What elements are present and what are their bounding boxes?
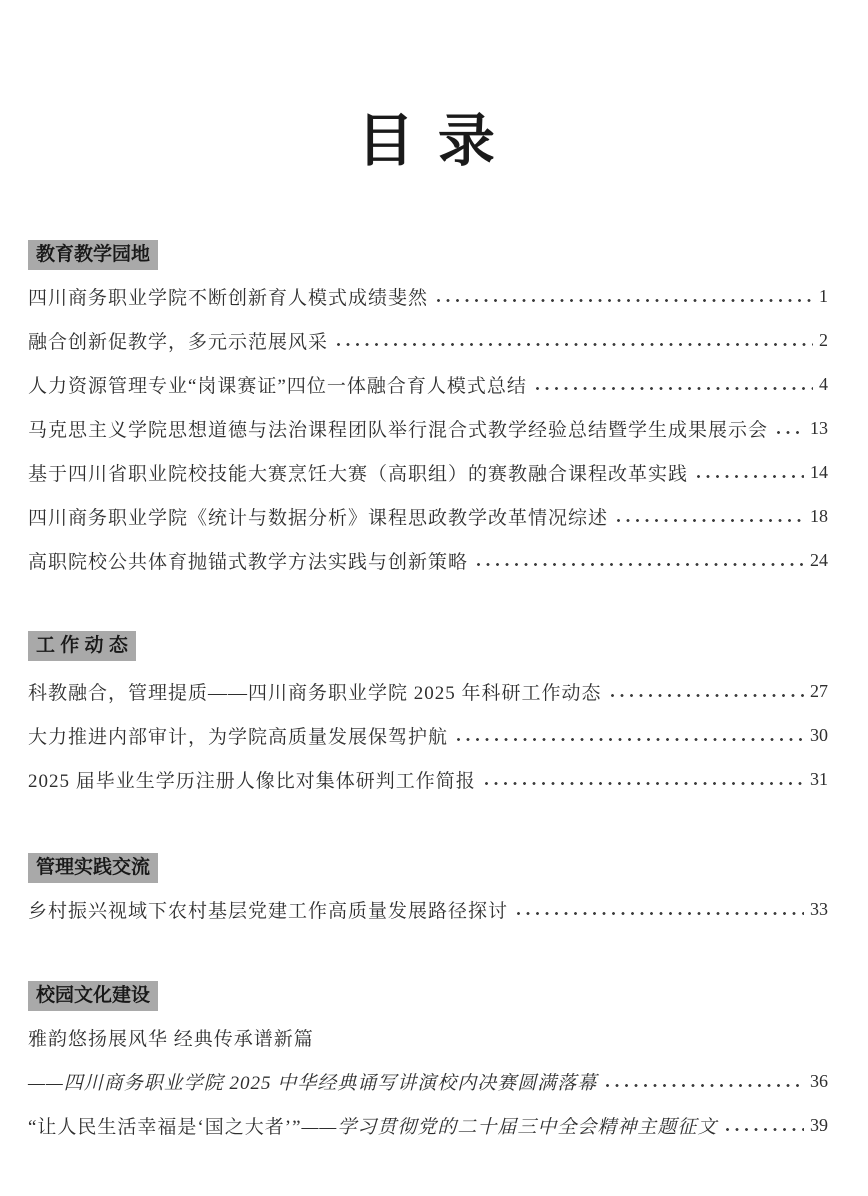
page-number: 30 bbox=[810, 725, 828, 746]
toc-item-text-segment: 乡村振兴视域下农村基层党建工作高质量发展路径探讨 bbox=[28, 901, 508, 922]
toc-item: 乡村振兴视域下农村基层党建工作高质量发展路径探讨 33 bbox=[28, 887, 828, 931]
toc-item: 大力推进内部审计，为学院高质量发展保驾护航 30 bbox=[28, 713, 828, 757]
toc-item-title: 融合创新促教学，多元示范展风采 bbox=[28, 327, 328, 354]
toc-item: 四川商务职业学院《统计与数据分析》课程思政教学改革情况综述 18 bbox=[28, 494, 828, 538]
section-items: 四川商务职业学院不断创新育人模式成绩斐然 1 融合创新促教学，多元示范展风采 2… bbox=[28, 274, 828, 582]
dot-leader bbox=[611, 694, 804, 697]
toc-item-text-segment: 高职院校公共体育抛锚式教学方法实践与创新策略 bbox=[28, 552, 468, 573]
section-items: 科教融合，管理提质——四川商务职业学院 2025 年科研工作动态 27 大力推进… bbox=[28, 669, 828, 801]
toc-item-text-segment: 四川商务职业学院不断创新育人模式成绩斐然 bbox=[28, 288, 428, 309]
toc-item-title: 高职院校公共体育抛锚式教学方法实践与创新策略 bbox=[28, 547, 468, 574]
toc-section: 教育教学园地 四川商务职业学院不断创新育人模式成绩斐然 1 融合创新促教学，多元… bbox=[28, 240, 828, 582]
toc-item: “让人民生活幸福是‘国之大者’”——学习贯彻党的二十届三中全会精神主题征文 39 bbox=[28, 1103, 828, 1147]
toc-item-text-segment: 2025 届毕业生学历注册人像比对集体研判工作简报 bbox=[28, 771, 476, 792]
toc-item: 人力资源管理专业“岗课赛证”四位一体融合育人模式总结 4 bbox=[28, 362, 828, 406]
toc-section: 校园文化建设 雅韵悠扬展风华 经典传承谱新篇 ——四川商务职业学院 2025 中… bbox=[28, 981, 828, 1147]
toc-item: 高职院校公共体育抛锚式教学方法实践与创新策略 24 bbox=[28, 538, 828, 582]
dot-leader bbox=[606, 1084, 804, 1087]
toc-sections: 教育教学园地 四川商务职业学院不断创新育人模式成绩斐然 1 融合创新促教学，多元… bbox=[28, 240, 828, 1147]
page-number: 4 bbox=[819, 374, 828, 395]
toc-item: 2025 届毕业生学历注册人像比对集体研判工作简报 31 bbox=[28, 757, 828, 801]
toc-item-title: 人力资源管理专业“岗课赛证”四位一体融合育人模式总结 bbox=[28, 371, 527, 398]
section-header-label: 工 作 动 态 bbox=[36, 635, 128, 656]
toc-item: 雅韵悠扬展风华 经典传承谱新篇 bbox=[28, 1015, 828, 1059]
dot-leader bbox=[477, 563, 804, 566]
toc-item-text-segment: 融合创新促教学，多元示范展风采 bbox=[28, 332, 328, 353]
dot-leader bbox=[437, 299, 813, 302]
page-number: 33 bbox=[810, 899, 828, 920]
page-number: 27 bbox=[810, 681, 828, 702]
page-number: 31 bbox=[810, 769, 828, 790]
section-header-label: 管理实践交流 bbox=[36, 857, 150, 878]
toc-section: 管理实践交流 乡村振兴视域下农村基层党建工作高质量发展路径探讨 33 bbox=[28, 853, 828, 931]
dot-leader bbox=[485, 782, 804, 785]
section-header: 工 作 动 态 bbox=[28, 631, 136, 661]
section-header-label: 校园文化建设 bbox=[36, 985, 150, 1006]
toc-item: 基于四川省职业院校技能大赛烹饪大赛（高职组）的赛教融合课程改革实践 14 bbox=[28, 450, 828, 494]
dot-leader bbox=[697, 475, 804, 478]
toc-section: 工 作 动 态 科教融合，管理提质——四川商务职业学院 2025 年科研工作动态… bbox=[28, 631, 828, 801]
section-header: 教育教学园地 bbox=[28, 240, 158, 270]
page-number: 39 bbox=[810, 1115, 828, 1136]
toc-item-title: ——四川商务职业学院 2025 中华经典诵写讲演校内决赛圆满落幕 bbox=[28, 1068, 597, 1095]
page-number: 24 bbox=[810, 550, 828, 571]
toc-item-title: 雅韵悠扬展风华 经典传承谱新篇 bbox=[28, 1024, 314, 1051]
toc-item: ——四川商务职业学院 2025 中华经典诵写讲演校内决赛圆满落幕 36 bbox=[28, 1059, 828, 1103]
toc-item: 融合创新促教学，多元示范展风采 2 bbox=[28, 318, 828, 362]
dot-leader bbox=[536, 387, 813, 390]
toc-item-text-segment: 基于四川省职业院校技能大赛烹饪大赛（高职组）的赛教融合课程改革实践 bbox=[28, 464, 688, 485]
section-header: 管理实践交流 bbox=[28, 853, 158, 883]
toc-item: 科教融合，管理提质——四川商务职业学院 2025 年科研工作动态 27 bbox=[28, 669, 828, 713]
page-number: 18 bbox=[810, 506, 828, 527]
dot-leader bbox=[617, 519, 804, 522]
page-number: 1 bbox=[819, 286, 828, 307]
toc-item-title: 乡村振兴视域下农村基层党建工作高质量发展路径探讨 bbox=[28, 896, 508, 923]
toc-item-title: 基于四川省职业院校技能大赛烹饪大赛（高职组）的赛教融合课程改革实践 bbox=[28, 459, 688, 486]
section-header: 校园文化建设 bbox=[28, 981, 158, 1011]
toc-item-title: 2025 届毕业生学历注册人像比对集体研判工作简报 bbox=[28, 766, 476, 793]
page-number: 13 bbox=[810, 418, 828, 439]
toc-item-title: 马克思主义学院思想道德与法治课程团队举行混合式教学经验总结暨学生成果展示会 bbox=[28, 415, 768, 442]
toc-page: 目 录 教育教学园地 四川商务职业学院不断创新育人模式成绩斐然 1 融合创新促教… bbox=[0, 0, 868, 1196]
toc-item: 马克思主义学院思想道德与法治课程团队举行混合式教学经验总结暨学生成果展示会 13 bbox=[28, 406, 828, 450]
toc-item-text-segment: 科教融合，管理提质——四川商务职业学院 2025 年科研工作动态 bbox=[28, 683, 602, 704]
dot-leader bbox=[726, 1128, 804, 1131]
toc-item: 四川商务职业学院不断创新育人模式成绩斐然 1 bbox=[28, 274, 828, 318]
toc-item-text-segment: ——四川商务职业学院 2025 中华经典诵写讲演校内决赛圆满落幕 bbox=[28, 1073, 597, 1094]
toc-item-title: 四川商务职业学院不断创新育人模式成绩斐然 bbox=[28, 283, 428, 310]
section-items: 乡村振兴视域下农村基层党建工作高质量发展路径探讨 33 bbox=[28, 887, 828, 931]
dot-leader bbox=[337, 343, 813, 346]
section-items: 雅韵悠扬展风华 经典传承谱新篇 ——四川商务职业学院 2025 中华经典诵写讲演… bbox=[28, 1015, 828, 1147]
toc-item-text-segment: 四川商务职业学院《统计与数据分析》课程思政教学改革情况综述 bbox=[28, 508, 608, 529]
toc-item-text-segment: “让人民生活幸福是‘国之大者’” bbox=[28, 1117, 302, 1138]
toc-item-title: 大力推进内部审计，为学院高质量发展保驾护航 bbox=[28, 722, 448, 749]
dot-leader bbox=[457, 738, 804, 741]
dot-leader bbox=[517, 912, 804, 915]
page-title: 目 录 bbox=[28, 0, 828, 170]
toc-item-title: 四川商务职业学院《统计与数据分析》课程思政教学改革情况综述 bbox=[28, 503, 608, 530]
toc-item-text-segment: 人力资源管理专业“岗课赛证”四位一体融合育人模式总结 bbox=[28, 376, 527, 397]
section-header-label: 教育教学园地 bbox=[36, 244, 150, 265]
toc-item-text-segment: 雅韵悠扬展风华 经典传承谱新篇 bbox=[28, 1029, 314, 1050]
dot-leader bbox=[777, 431, 804, 434]
toc-item-text-segment: 马克思主义学院思想道德与法治课程团队举行混合式教学经验总结暨学生成果展示会 bbox=[28, 420, 768, 441]
page-number: 2 bbox=[819, 330, 828, 351]
page-number: 14 bbox=[810, 462, 828, 483]
toc-item-title: “让人民生活幸福是‘国之大者’”——学习贯彻党的二十届三中全会精神主题征文 bbox=[28, 1112, 717, 1139]
toc-item-text-segment: ——学习贯彻党的二十届三中全会精神主题征文 bbox=[302, 1117, 718, 1138]
page-number: 36 bbox=[810, 1071, 828, 1092]
toc-item-text-segment: 大力推进内部审计，为学院高质量发展保驾护航 bbox=[28, 727, 448, 748]
toc-item-title: 科教融合，管理提质——四川商务职业学院 2025 年科研工作动态 bbox=[28, 678, 602, 705]
